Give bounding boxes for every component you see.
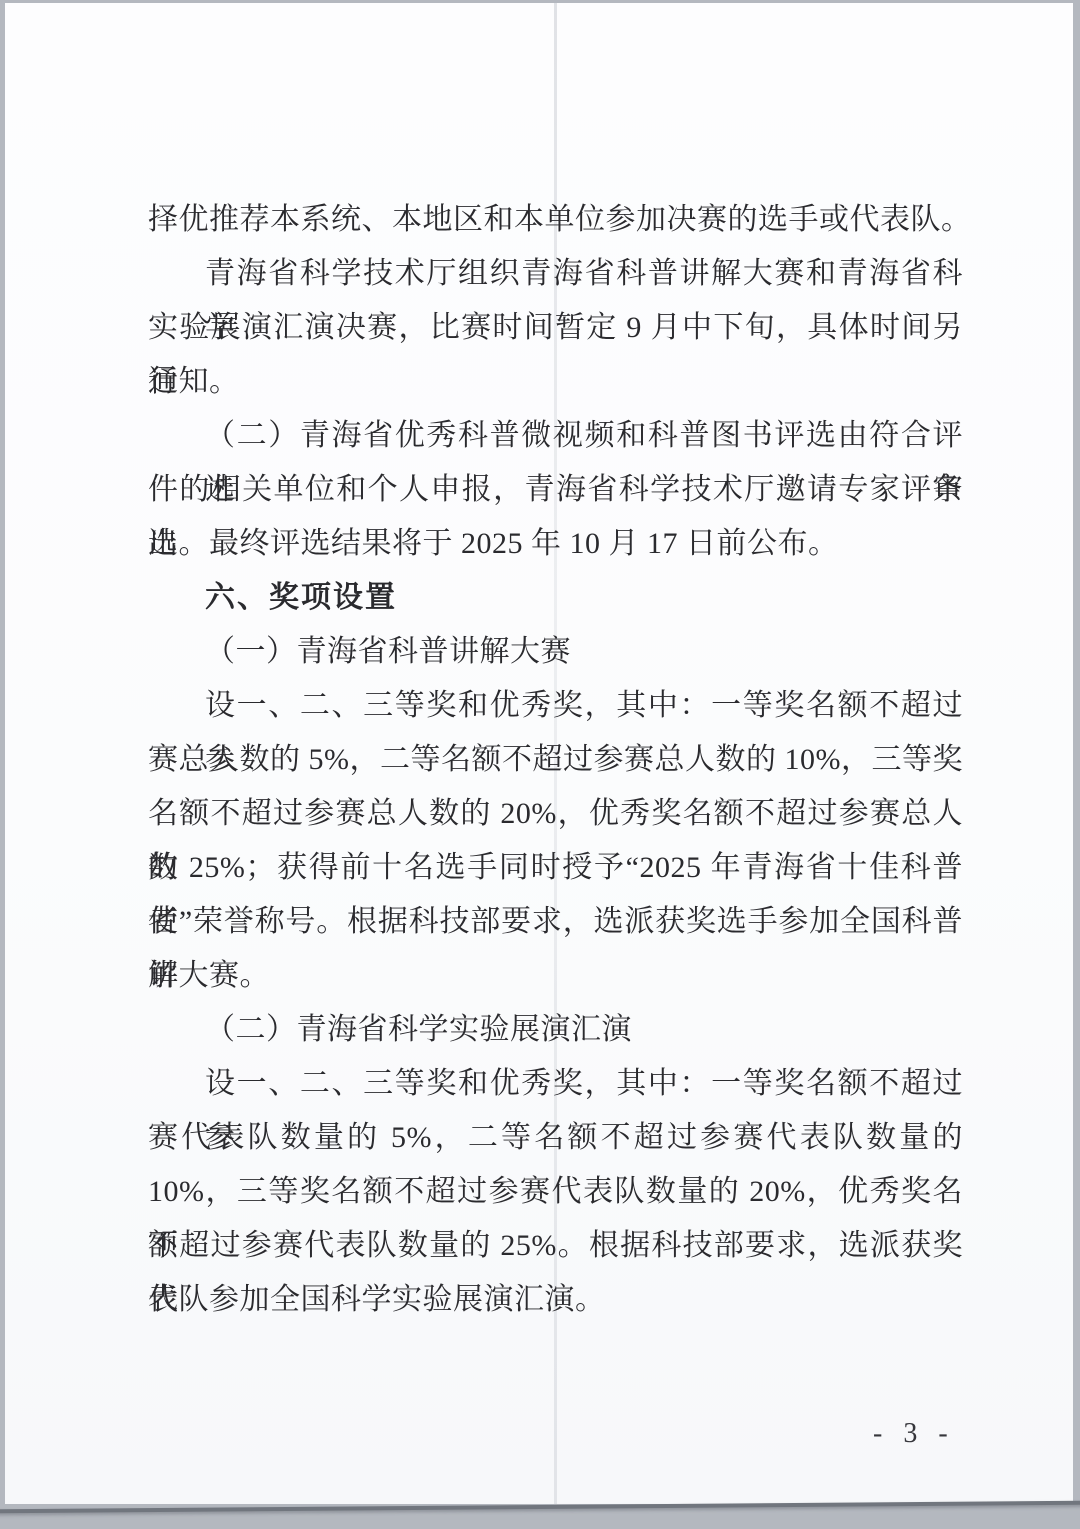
- page-number: - 3 -: [873, 1418, 955, 1450]
- text-line: 设一、二、三等奖和优秀奖，其中：一等奖名额不超过参: [148, 679, 963, 733]
- text-line: 件的相关单位和个人申报，青海省科学技术厅邀请专家评审选: [148, 463, 963, 517]
- text-line: 10%，三等奖名额不超过参赛代表队数量的 20%，优秀奖名额: [148, 1165, 963, 1219]
- document-page: 择优推荐本系统、本地区和本单位参加决赛的选手或代表队。 青海省科学技术厅组织青海…: [5, 3, 1073, 1504]
- text-line: 实验展演汇演决赛，比赛时间暂定 9 月中下旬，具体时间另行: [148, 301, 963, 355]
- text-line: 青海省科学技术厅组织青海省科普讲解大赛和青海省科学: [148, 247, 963, 301]
- subsection-heading: （二）青海省科学实验展演汇演: [148, 1003, 963, 1057]
- text-line: 表队参加全国科学实验展演汇演。: [148, 1273, 963, 1327]
- text-line: 者”荣誉称号。根据科技部要求，选派获奖选手参加全国科普讲: [148, 895, 963, 949]
- text-line: 赛代表队数量的 5%，二等名额不超过参赛代表队数量的: [148, 1111, 963, 1165]
- text-line: （二）青海省优秀科普微视频和科普图书评选由符合评选条: [148, 409, 963, 463]
- text-line: 赛总人数的 5%，二等名额不超过参赛总人数的 10%，三等奖: [148, 733, 963, 787]
- text-line: 解大赛。: [148, 949, 963, 1003]
- section-heading-awards: 六、奖项设置: [148, 571, 963, 625]
- text-line: 择优推荐本系统、本地区和本单位参加决赛的选手或代表队。: [148, 193, 963, 247]
- text-line: 设一、二、三等奖和优秀奖，其中：一等奖名额不超过参: [148, 1057, 963, 1111]
- text-line: 名额不超过参赛总人数的 20%，优秀奖名额不超过参赛总人数: [148, 787, 963, 841]
- scanned-document: 择优推荐本系统、本地区和本单位参加决赛的选手或代表队。 青海省科学技术厅组织青海…: [0, 0, 1080, 1529]
- text-line: 不超过参赛代表队数量的 25%。根据科技部要求，选派获奖代: [148, 1219, 963, 1273]
- text-line: 出。最终评选结果将于 2025 年 10 月 17 日前公布。: [148, 517, 963, 571]
- document-body: 择优推荐本系统、本地区和本单位参加决赛的选手或代表队。 青海省科学技术厅组织青海…: [148, 193, 963, 1327]
- subsection-heading: （一）青海省科普讲解大赛: [148, 625, 963, 679]
- text-line: 的 25%；获得前十名选手同时授予“2025 年青海省十佳科普使: [148, 841, 963, 895]
- text-line: 通知。: [148, 355, 963, 409]
